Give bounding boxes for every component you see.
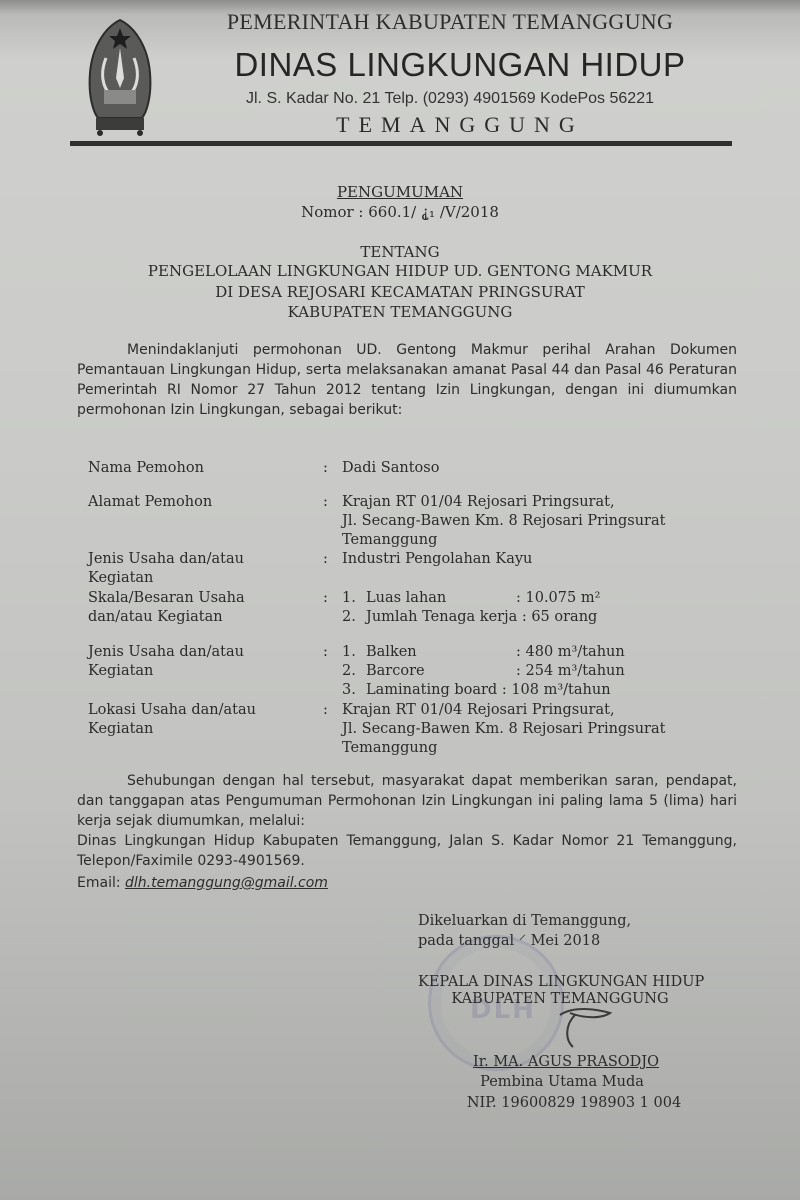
email-line: Email: dlh.temanggung@gmail.com: [77, 873, 737, 893]
detail-label: Nama Pemohon: [88, 459, 298, 478]
detail-label: Jenis Usaha dan/atau Kegiatan: [88, 550, 298, 588]
detail-colon: :: [323, 643, 328, 662]
letterhead-divider: [70, 141, 732, 146]
issued-date: pada tanggal ⸍ Mei 2018: [418, 931, 600, 951]
announcement-document: PEMERINTAH KABUPATEN TEMANGGUNG DINAS LI…: [0, 0, 800, 1200]
closing-paragraph: Sehubungan dengan hal tersebut, masyarak…: [77, 771, 737, 831]
document-number: Nomor : 660.1/ ⸘₁ /V/2018: [70, 203, 730, 221]
detail-label: Alamat Pemohon: [88, 493, 298, 512]
detail-colon: :: [323, 589, 328, 608]
contact-paragraph: Dinas Lingkungan Hidup Kabupaten Temangg…: [77, 831, 737, 871]
agency-name: DINAS LINGKUNGAN HIDUP: [190, 46, 730, 84]
signer-position: KEPALA DINAS LINGKUNGAN HIDUP: [418, 972, 704, 992]
detail-label: Lokasi Usaha dan/atau Kegiatan: [88, 701, 298, 739]
detail-value: 1.Balken: 480 m³/tahun 2.Barcore: 254 m³…: [342, 643, 742, 700]
product-item: 3.Laminating board : 108 m³/tahun: [342, 681, 742, 700]
label-line: Kegiatan: [88, 569, 298, 588]
detail-colon: :: [323, 493, 328, 512]
product-item: 1.Balken: 480 m³/tahun: [342, 643, 742, 662]
location-line: Krajan RT 01/04 Rejosari Pringsurat,: [342, 701, 742, 720]
agency-city: TEMANGGUNG: [190, 112, 730, 138]
address-line: Jl. Secang-Bawen Km. 8 Rejosari Pringsur…: [342, 512, 742, 531]
signer-nip: NIP. 19600829 198903 1 004: [424, 1095, 724, 1111]
agency-address: Jl. S. Kadar No. 21 Telp. (0293) 4901569…: [190, 90, 710, 108]
detail-value: Krajan RT 01/04 Rejosari Pringsurat, Jl.…: [342, 493, 742, 550]
intro-paragraph: Menindaklanjuti permohonan UD. Gentong M…: [77, 340, 737, 420]
detail-value: Krajan RT 01/04 Rejosari Pringsurat, Jl.…: [342, 701, 742, 758]
detail-label: Skala/Besaran Usaha dan/atau Kegiatan: [88, 589, 298, 627]
subject-line: DI DESA REJOSARI KECAMATAN PRINGSURAT: [70, 283, 730, 301]
detail-value: Dadi Santoso: [342, 459, 742, 478]
signer-rank: Pembina Utama Muda: [412, 1074, 712, 1090]
email-label: Email:: [77, 875, 121, 891]
address-line: Krajan RT 01/04 Rejosari Pringsurat,: [342, 493, 742, 512]
signer-name: Ir. MA. AGUS PRASODJO: [416, 1054, 716, 1070]
about-label: TENTANG: [70, 243, 730, 261]
detail-value: Industri Pengolahan Kayu: [342, 550, 742, 569]
issued-at: Dikeluarkan di Temanggung,: [418, 911, 631, 931]
label-line: Kegiatan: [88, 720, 298, 739]
label-line: Skala/Besaran Usaha: [88, 589, 298, 608]
label-line: Jenis Usaha dan/atau: [88, 643, 298, 662]
label-line: Lokasi Usaha dan/atau: [88, 701, 298, 720]
government-name: PEMERINTAH KABUPATEN TEMANGGUNG: [190, 9, 710, 35]
detail-label: Jenis Usaha dan/atau Kegiatan: [88, 643, 298, 681]
document-title: PENGUMUMAN: [70, 183, 730, 201]
scale-item: 1.Luas lahan: 10.075 m²: [342, 589, 742, 608]
address-line: Temanggung: [342, 531, 742, 550]
email-link[interactable]: dlh.temanggung@gmail.com: [125, 875, 328, 891]
label-line: Jenis Usaha dan/atau: [88, 550, 298, 569]
location-line: Temanggung: [342, 739, 742, 758]
subject-line: PENGELOLAAN LINGKUNGAN HIDUP UD. GENTONG…: [70, 262, 730, 280]
detail-colon: :: [323, 550, 328, 569]
label-line: Kegiatan: [88, 662, 298, 681]
detail-colon: :: [323, 701, 328, 720]
location-line: Jl. Secang-Bawen Km. 8 Rejosari Pringsur…: [342, 720, 742, 739]
scale-item: 2.Jumlah Tenaga kerja : 65 orang: [342, 608, 742, 627]
product-item: 2.Barcore: 254 m³/tahun: [342, 662, 742, 681]
signature-scribble-icon: [555, 1005, 615, 1055]
subject-line: KABUPATEN TEMANGGUNG: [70, 303, 730, 321]
coat-of-arms-icon: [84, 18, 156, 138]
detail-value: 1.Luas lahan: 10.075 m² 2.Jumlah Tenaga …: [342, 589, 742, 627]
label-line: dan/atau Kegiatan: [88, 608, 298, 627]
detail-colon: :: [323, 459, 328, 478]
